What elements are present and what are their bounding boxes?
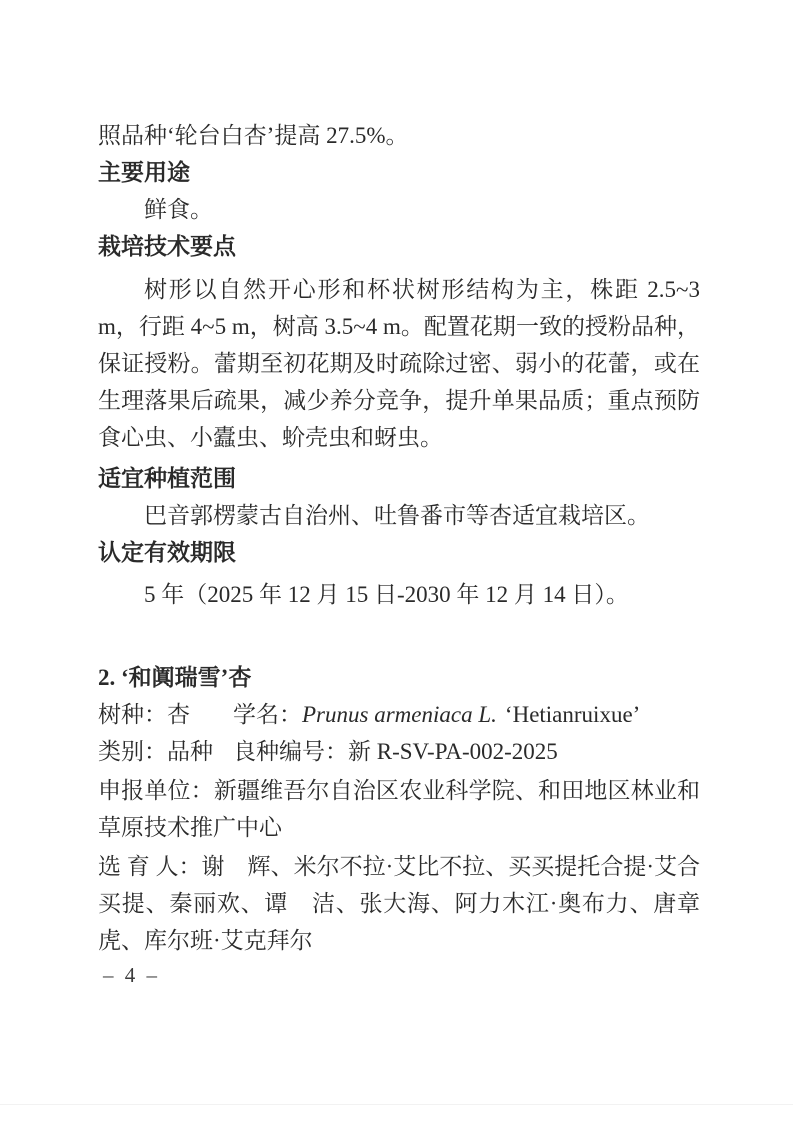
species-label: 树种： <box>98 702 167 727</box>
breeders-label: 选 育 人： <box>98 854 202 879</box>
species-value: 杏 <box>167 702 190 727</box>
planting-range-text: 巴音郭楞蒙古自治州、吐鲁番市等杏适宜栽培区。 <box>98 497 700 534</box>
page-content: 照品种‘轮台白杏’提高 27.5%。 主要用途 鲜食。 栽培技术要点 树形以自然… <box>98 117 700 959</box>
heading-planting-range: 适宜种植范围 <box>98 460 700 497</box>
document-page: 照品种‘轮台白杏’提高 27.5%。 主要用途 鲜食。 栽培技术要点 树形以自然… <box>0 0 793 1122</box>
cultivar-name: ‘Hetianruixue’ <box>505 702 640 727</box>
category-field: 类别：品种 <box>98 733 233 770</box>
code-value: 新 R-SV-PA-002-2025 <box>348 739 558 764</box>
applicant-paragraph: 申报单位：新疆维吾尔自治区农业科学院、和田地区林业和草原技术推广中心 <box>98 772 700 846</box>
species-field: 树种：杏 <box>98 696 233 733</box>
applicant-label: 申报单位： <box>98 778 214 803</box>
heading-main-use: 主要用途 <box>98 154 700 191</box>
code-field: 良种编号：新 R-SV-PA-002-2025 <box>233 739 558 764</box>
page-bottom-edge <box>0 1104 793 1105</box>
latin-label: 学名： <box>233 702 302 727</box>
heading-cultivation-techniques: 栽培技术要点 <box>98 228 700 265</box>
main-use-text: 鲜食。 <box>98 191 700 228</box>
section-title-variety-2: 2. ‘和阗瑞雪’杏 <box>98 659 700 696</box>
latin-field: 学名：Prunus armeniaca L.‘Hetianruixue’ <box>233 702 640 727</box>
category-value: 品种 <box>167 739 213 764</box>
field-row-category: 类别：品种良种编号：新 R-SV-PA-002-2025 <box>98 733 700 770</box>
paragraph-continuation: 照品种‘轮台白杏’提高 27.5%。 <box>98 117 700 154</box>
category-label: 类别： <box>98 739 167 764</box>
breeders-paragraph: 选 育 人：谢 辉、米尔不拉·艾比不拉、买买提托合提·艾合买提、秦丽欢、谭 洁、… <box>98 848 700 959</box>
field-row-species: 树种：杏学名：Prunus armeniaca L.‘Hetianruixue’ <box>98 696 700 733</box>
latin-name: Prunus armeniaca L. <box>302 702 497 727</box>
page-number: – 4 – <box>103 963 160 988</box>
validity-period-text: 5 年（2025 年 12 月 15 日-2030 年 12 月 14 日）。 <box>98 576 700 613</box>
cultivation-paragraph: 树形以自然开心形和杯状树形结构为主，株距 2.5~3 m，行距 4~5 m，树高… <box>98 271 700 456</box>
code-label: 良种编号： <box>233 739 348 764</box>
heading-validity-period: 认定有效期限 <box>98 534 700 571</box>
